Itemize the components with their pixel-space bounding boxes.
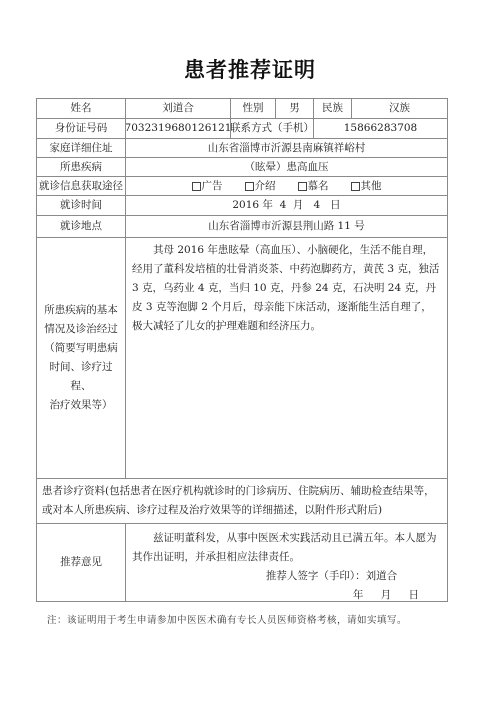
- ethnicity-label: 民族: [314, 99, 352, 118]
- visit-place-label: 就诊地点: [37, 216, 126, 237]
- recommendation-date: 年 月 日: [132, 586, 441, 601]
- row-recommendation: 推荐意见 兹证明董科发，从事中医医术实践活动且已满五年。本人愿为其作出证明，并承…: [37, 524, 447, 601]
- row-history: 所患疾病的基本 情况及诊治经过 （简要写明患病 时间、诊疗过程、 治疗效果等） …: [37, 238, 447, 479]
- name-label: 姓名: [37, 99, 126, 118]
- option-reputation[interactable]: 慕名: [298, 180, 329, 193]
- checkbox-icon[interactable]: [351, 182, 360, 191]
- recommendation-label: 推荐意见: [37, 524, 126, 601]
- option-referral[interactable]: 介绍: [245, 180, 276, 193]
- row-materials: 患者诊疗资料(包括患者在医疗机构就诊时的门诊病历、住院病历、辅助检查结果等，或对…: [37, 479, 447, 524]
- row-info-source: 就诊信息获取途径 广告 介绍 慕名 其他: [37, 177, 447, 196]
- checkbox-icon[interactable]: [192, 182, 201, 191]
- ethnicity-value: 汉族: [352, 99, 447, 118]
- checkbox-icon[interactable]: [245, 182, 254, 191]
- recommendation-body: 兹证明董科发，从事中医医术实践活动且已满五年。本人愿为其作出证明，并承担相应法律…: [126, 524, 447, 601]
- option-ad[interactable]: 广告: [192, 180, 223, 193]
- address-value: 山东省淄博市沂源县南麻镇祥峪村: [126, 139, 447, 157]
- row-address: 家庭详细住址 山东省淄博市沂源县南麻镇祥峪村: [37, 139, 447, 158]
- name-value: 刘道合: [126, 99, 231, 118]
- contact-value: 15866283708: [314, 119, 447, 138]
- row-visit-place: 就诊地点 山东省淄博市沂源县荆山路 11 号: [37, 216, 447, 238]
- gender-label: 性别: [231, 99, 276, 118]
- footnote: 注：该证明用于考生申请参加中医医术确有专长人员医师资格考核，请如实填写。: [47, 612, 407, 626]
- gender-value: 男: [276, 99, 314, 118]
- disease-label: 所患疾病: [37, 158, 126, 176]
- row-id: 身份证号码 370323196801261211 联系方式（手机） 158662…: [37, 119, 447, 139]
- page-title: 患者推荐证明: [0, 54, 500, 84]
- visit-time-value: 2016 年 4 月 4 日: [126, 196, 447, 215]
- recommendation-form: 姓名 刘道合 性别 男 民族 汉族 身份证号码 3703231968012612…: [36, 98, 448, 602]
- recommender-signature: 推荐人签字（手印）：刘道合: [132, 567, 441, 586]
- visit-place-value: 山东省淄博市沂源县荆山路 11 号: [126, 216, 447, 237]
- row-name: 姓名 刘道合 性别 男 民族 汉族: [37, 99, 447, 119]
- contact-label: 联系方式（手机）: [231, 119, 314, 138]
- row-disease: 所患疾病 （眩晕）患高血压: [37, 158, 447, 177]
- visit-time-label: 就诊时间: [37, 196, 126, 215]
- checkbox-icon[interactable]: [298, 182, 307, 191]
- recommendation-text: 兹证明董科发，从事中医医术实践活动且已满五年。本人愿为其作出证明，并承担相应法律…: [132, 529, 441, 567]
- address-label: 家庭详细住址: [37, 139, 126, 157]
- history-label: 所患疾病的基本 情况及诊治经过 （简要写明患病 时间、诊疗过程、 治疗效果等）: [37, 238, 126, 478]
- option-other[interactable]: 其他: [351, 180, 382, 193]
- id-label: 身份证号码: [37, 119, 126, 138]
- id-value: 370323196801261211: [126, 119, 231, 138]
- materials-text: 患者诊疗资料(包括患者在医疗机构就诊时的门诊病历、住院病历、辅助检查结果等，或对…: [37, 479, 447, 523]
- disease-value: （眩晕）患高血压: [126, 158, 447, 176]
- history-value: 其母 2016 年患眩晕（高血压）、小脑硬化，生活不能自理，经用了董科发培植的壮…: [126, 238, 447, 478]
- info-source-label: 就诊信息获取途径: [37, 177, 126, 195]
- row-visit-time: 就诊时间 2016 年 4 月 4 日: [37, 196, 447, 216]
- info-source-options: 广告 介绍 慕名 其他: [126, 177, 447, 195]
